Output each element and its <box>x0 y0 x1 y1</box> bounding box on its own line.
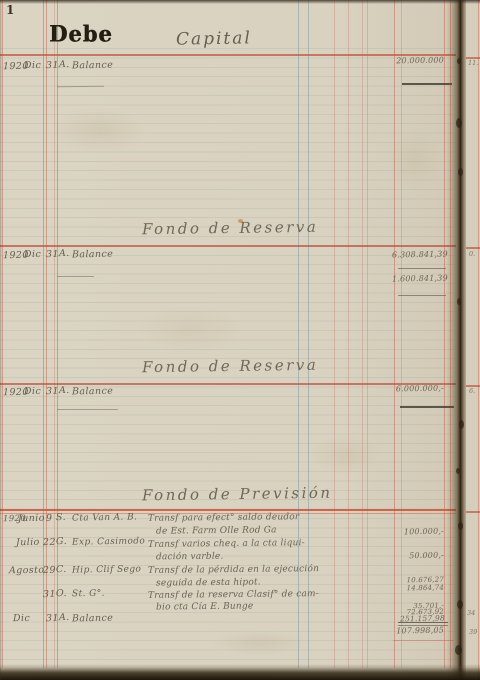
scan-edge-bottom <box>0 664 480 680</box>
red-vertical-rule <box>394 0 395 668</box>
entry-account: St. G°. <box>72 589 105 600</box>
entry-account: Balance <box>72 60 113 72</box>
entry-description-line2: seguida de esta hipot. <box>156 577 261 588</box>
gutter-speck <box>455 645 462 655</box>
entry-day: 29 <box>43 565 56 576</box>
gutter-speck <box>458 522 463 530</box>
debit-side-label: Debe <box>49 20 113 47</box>
entry-folio: S. <box>56 512 66 523</box>
section-rule <box>466 247 480 249</box>
red-vertical-rule <box>334 0 335 668</box>
gutter-speck <box>457 58 461 64</box>
entry-account: Balance <box>72 249 113 261</box>
entry-month: Julio <box>16 537 40 548</box>
entry-folio: G. <box>56 536 67 547</box>
entry-amount: 100.000,- <box>400 527 444 537</box>
entry-account: Balance <box>72 386 113 398</box>
book-gutter-shadow <box>446 0 466 680</box>
entry-folio: O. <box>56 588 67 599</box>
section-rule <box>0 54 456 56</box>
red-vertical-rule <box>478 0 479 680</box>
entry-folio: A. <box>59 612 70 623</box>
entry-description-line2: bio cta Cía E. Bunge <box>156 601 253 612</box>
section-rule <box>0 245 456 247</box>
paper-stain <box>120 300 260 360</box>
scan-edge-top <box>0 0 480 4</box>
facing-amount-fragment: 39 <box>469 628 477 636</box>
paper-stain <box>300 430 390 480</box>
gutter-speck <box>459 420 464 429</box>
entry-account: Exp. Casimodo <box>72 536 145 547</box>
entry-day: 31 <box>43 589 56 600</box>
entry-folio: A. <box>59 59 70 70</box>
facing-page-edge: 11. 0. 6. 34 39 <box>466 0 480 680</box>
pencil-underline <box>402 83 452 85</box>
entry-account: Cta Van A. B. <box>72 512 137 523</box>
entry-account: Hip. Clif Sego <box>72 564 141 575</box>
entry-description-line1: Transf de la reserva Clasif° de cam- <box>148 589 319 601</box>
entry-description-line2: dación varble. <box>156 552 224 563</box>
entry-month: Dic <box>13 613 30 624</box>
facing-amount-fragment: 0. <box>469 250 475 258</box>
entry-amount: 107.998,05 <box>396 626 444 636</box>
entry-day: 31 <box>46 60 59 71</box>
red-vertical-rule <box>444 0 445 668</box>
amount-box-rule <box>393 640 453 641</box>
section-heading: Fondo de Reserva <box>142 218 318 238</box>
entry-description-line2: de Est. Farm Olle Rod Ga <box>156 525 277 536</box>
entry-description-line1: Transf para efect° saldo deudor <box>148 512 300 524</box>
entry-day: 9 <box>46 513 53 524</box>
entry-day: 31 <box>46 386 59 397</box>
section-heading: Fondo de Previsión <box>142 484 333 505</box>
section-heading: Fondo de Reserva <box>142 356 318 376</box>
section-rule <box>0 509 456 511</box>
entry-amount-2: 1.600.841,39 <box>392 274 444 284</box>
entry-month: Junio <box>18 513 45 524</box>
entry-month: Dic <box>24 249 41 260</box>
gutter-speck <box>456 468 460 474</box>
entry-month: Dic <box>24 60 41 71</box>
entry-amount: 50.000,- <box>400 551 444 561</box>
entry-amount: 6.308.841,39 <box>392 250 444 260</box>
facing-amount-fragment: 6. <box>469 387 475 395</box>
entry-day: 22 <box>43 537 56 548</box>
gutter-speck <box>458 168 463 176</box>
scan-edge-left <box>0 0 2 680</box>
section-rule <box>466 511 480 513</box>
gutter-speck <box>456 118 462 128</box>
facing-amount-fragment: 34 <box>467 609 475 617</box>
pencil-underline <box>57 276 94 277</box>
red-vertical-rule <box>362 0 363 668</box>
entry-folio: A. <box>59 248 70 259</box>
entry-month: Agosto <box>9 565 45 577</box>
red-vertical-rule <box>348 0 349 668</box>
paper-stain <box>200 628 320 658</box>
red-vertical-rule <box>2 0 3 668</box>
paper-stain <box>40 100 160 160</box>
facing-amount-fragment: 11. <box>468 59 478 67</box>
account-title: Capital <box>176 28 252 49</box>
pencil-underline <box>57 409 118 410</box>
entry-account: Balance <box>72 613 113 625</box>
entry-month: Dic <box>24 386 41 397</box>
entry-description-line1: Transf varios cheq. a la cta liqui- <box>148 538 305 550</box>
red-vertical-rule <box>367 0 368 668</box>
entry-folio: C. <box>56 564 67 575</box>
gutter-speck <box>457 298 461 305</box>
page-number: 1 <box>6 3 14 17</box>
entry-amount: 6.000.000,- <box>394 384 444 394</box>
entry-description-line1: Transf de la pérdida en la ejecución <box>148 564 319 576</box>
pencil-underline <box>398 268 446 269</box>
entry-folio: A. <box>59 385 70 396</box>
entry-total: 251.157,98 <box>400 614 444 624</box>
entry-amount: 20.000.000 <box>392 56 444 66</box>
ledger-page: 1 Debe Capital 1920 Dic 31 A. Balance 20… <box>0 0 480 680</box>
entry-day: 31 <box>46 249 59 260</box>
pencil-underline <box>398 295 446 296</box>
gutter-speck <box>457 600 463 609</box>
entry-day: 31 <box>46 613 59 624</box>
red-vertical-rule <box>401 0 402 668</box>
paper-stain <box>380 120 450 200</box>
entry-amount-2: 14.864,74 <box>402 584 444 593</box>
